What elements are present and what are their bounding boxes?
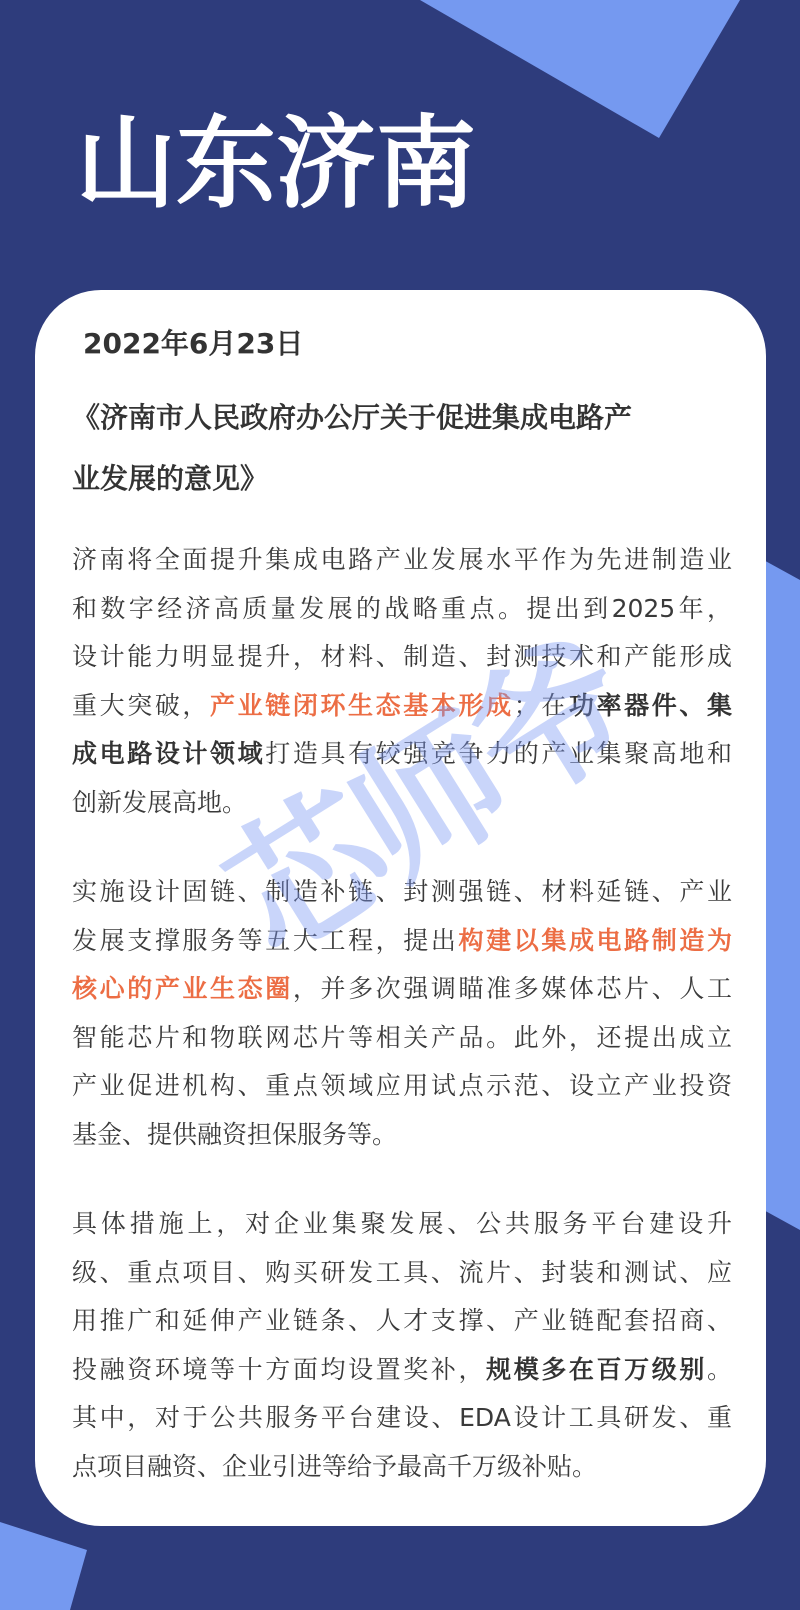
- paragraph-line: 具体措施上，对企业集聚发展、公共服务平台建设升: [72, 1200, 732, 1249]
- bold-text: 成电路设计领域: [72, 739, 265, 768]
- bold-text: 规模多在百万级别: [486, 1355, 707, 1384]
- body-text: 发展支撑服务等五大工程，提出: [72, 926, 459, 955]
- body-text: 打造具有较强竞争力的产业集聚高地和: [265, 739, 732, 768]
- body-text: 级、重点项目、购买研发工具、流片、封装和测试、应: [72, 1258, 732, 1287]
- body-text: 智能芯片和物联网芯片等相关产品。此外，还提出成立: [72, 1023, 732, 1052]
- document-title-line: 《济南市人民政府办公厅关于促进集成电路产: [72, 387, 752, 448]
- paragraph-line: 投融资环境等十方面均设置奖补，规模多在百万级别。: [72, 1346, 732, 1395]
- paragraph-line: 济南将全面提升集成电路产业发展水平作为先进制造业: [72, 536, 732, 585]
- paragraph-line: 点项目融资、企业引进等给予最高千万级补贴。: [72, 1443, 732, 1492]
- document-title: 《济南市人民政府办公厅关于促进集成电路产 业发展的意见》: [72, 387, 752, 509]
- body-text: 用推广和延伸产业链条、人才支撑、产业链配套招商、: [72, 1306, 732, 1335]
- body-text: 实施设计固链、制造补链、封测强链、材料延链、产业: [72, 877, 732, 906]
- paragraph-line: 其中，对于公共服务平台建设、EDA设计工具研发、重: [72, 1394, 732, 1443]
- body-text: 具体措施上，对企业集聚发展、公共服务平台建设升: [72, 1209, 732, 1238]
- body-text: 济南将全面提升集成电路产业发展水平作为先进制造业: [72, 545, 732, 574]
- paragraph-goals: 济南将全面提升集成电路产业发展水平作为先进制造业和数字经济高质量发展的战略重点。…: [72, 536, 732, 828]
- paragraph-line: 实施设计固链、制造补链、封测强链、材料延链、产业: [72, 868, 732, 917]
- hero-title: 山东济南: [76, 104, 476, 224]
- body-text: 重大突破，: [72, 691, 210, 720]
- right-band-shape: [760, 558, 800, 1230]
- highlighted-text: 产业链闭环生态基本形成: [210, 691, 514, 720]
- body-text: 和数字经济高质量发展的战略重点。提出到2025年，: [72, 594, 732, 623]
- body-text: ；在: [514, 691, 569, 720]
- highlighted-text: 构建以集成电路制造为: [459, 926, 732, 955]
- paragraph-line: 设计能力明显提升，材料、制造、封测技术和产能形成: [72, 633, 732, 682]
- body-text: 创新发展高地。: [72, 788, 247, 817]
- paragraph-line: 成电路设计领域打造具有较强竞争力的产业集聚高地和: [72, 730, 732, 779]
- body-text: 其中，对于公共服务平台建设、EDA设计工具研发、重: [72, 1403, 732, 1432]
- paragraph-line: 重大突破，产业链闭环生态基本形成；在功率器件、集: [72, 682, 732, 731]
- body-text: ，并多次强调瞄准多媒体芯片、人工: [293, 974, 732, 1003]
- bottom-left-shape: [0, 1522, 87, 1610]
- paragraph-projects: 实施设计固链、制造补链、封测强链、材料延链、产业发展支撑服务等五大工程，提出构建…: [72, 868, 732, 1160]
- paragraph-subsidies: 具体措施上，对企业集聚发展、公共服务平台建设升级、重点项目、购买研发工具、流片、…: [72, 1200, 732, 1492]
- document-title-line: 业发展的意见》: [72, 448, 752, 509]
- body-text: 点项目融资、企业引进等给予最高千万级补贴。: [72, 1452, 597, 1481]
- content-card: 2022年6月23日 《济南市人民政府办公厅关于促进集成电路产 业发展的意见》 …: [35, 290, 766, 1526]
- body-text: 基金、提供融资担保服务等。: [72, 1120, 397, 1149]
- paragraph-line: 基金、提供融资担保服务等。: [72, 1111, 732, 1160]
- highlighted-text: 核心的产业生态圈: [72, 974, 293, 1003]
- paragraph-line: 用推广和延伸产业链条、人才支撑、产业链配套招商、: [72, 1297, 732, 1346]
- body-text: 。: [707, 1355, 732, 1384]
- publish-date: 2022年6月23日: [83, 326, 303, 362]
- paragraph-line: 和数字经济高质量发展的战略重点。提出到2025年，: [72, 585, 732, 634]
- paragraph-line: 智能芯片和物联网芯片等相关产品。此外，还提出成立: [72, 1014, 732, 1063]
- paragraph-line: 核心的产业生态圈，并多次强调瞄准多媒体芯片、人工: [72, 965, 732, 1014]
- paragraph-line: 创新发展高地。: [72, 779, 732, 828]
- body-text: 设计能力明显提升，材料、制造、封测技术和产能形成: [72, 642, 732, 671]
- body-text: 投融资环境等十方面均设置奖补，: [72, 1355, 486, 1384]
- paragraph-line: 级、重点项目、购买研发工具、流片、封装和测试、应: [72, 1249, 732, 1298]
- paragraph-line: 产业促进机构、重点领域应用试点示范、设立产业投资: [72, 1062, 732, 1111]
- bold-text: 功率器件、集: [569, 691, 732, 720]
- paragraph-line: 发展支撑服务等五大工程，提出构建以集成电路制造为: [72, 917, 732, 966]
- body-text: 产业促进机构、重点领域应用试点示范、设立产业投资: [72, 1071, 732, 1100]
